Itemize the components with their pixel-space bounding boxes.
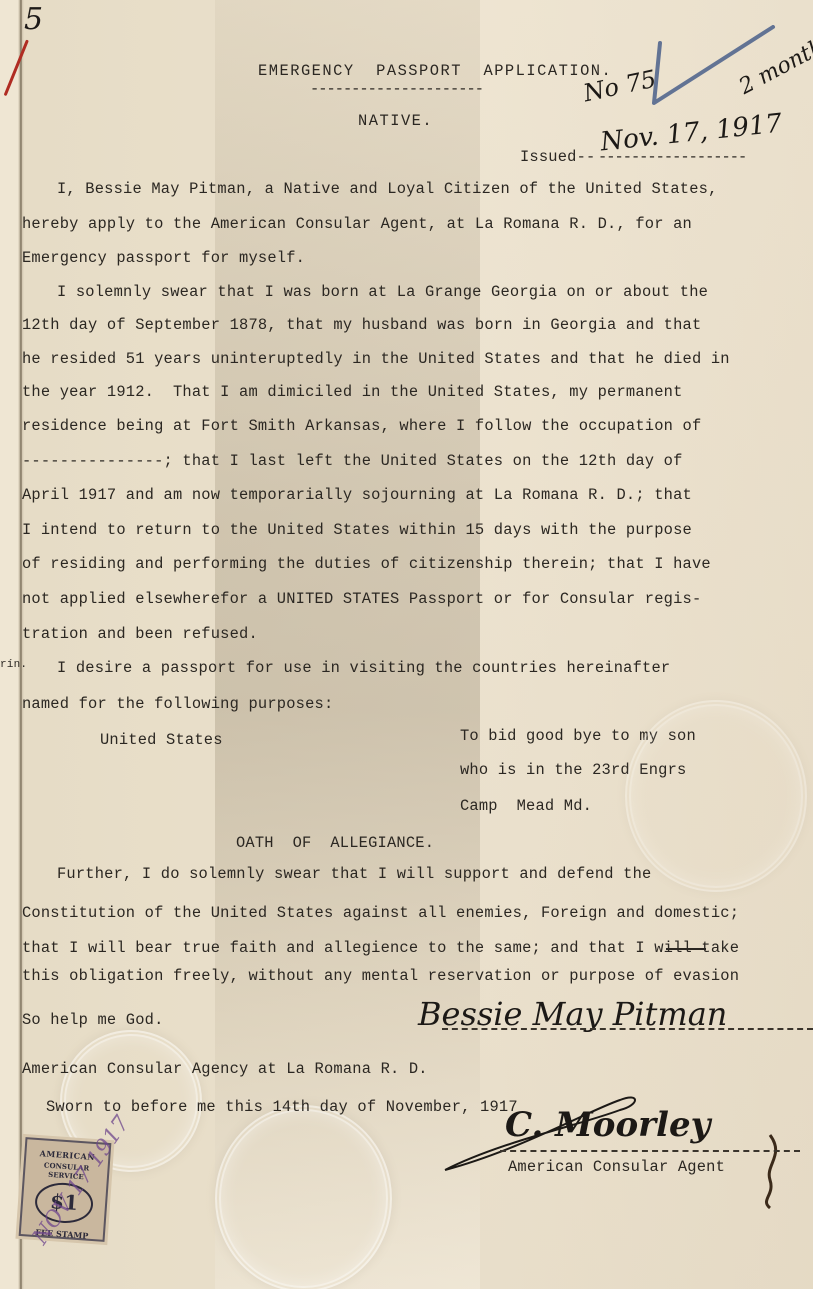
- para2-line-6: ---------------; that I last left the Un…: [22, 452, 683, 470]
- para2-line-4: the year 1912. That I am dimiciled in th…: [22, 383, 683, 401]
- para2-line-5: residence being at Fort Smith Arkansas, …: [22, 417, 701, 435]
- oath-line-1: Further, I do solemnly swear that I will…: [57, 865, 651, 883]
- para1-line-3: Emergency passport for myself.: [22, 249, 305, 267]
- oath-line-2: Constitution of the United States agains…: [22, 904, 739, 922]
- para2-line-1: I solemnly swear that I was born at La G…: [57, 283, 708, 301]
- embossed-seal-right: [625, 700, 807, 892]
- agency-line: American Consular Agency at La Romana R.…: [22, 1060, 428, 1078]
- consul-signature-line: [500, 1150, 800, 1152]
- applicant-signature-line: [442, 1028, 813, 1030]
- country-name: United States: [100, 731, 223, 749]
- margin-fragment: rín.: [0, 659, 27, 671]
- oath-line-4: this obligation freely, without any ment…: [22, 967, 739, 985]
- para3-line-2: named for the following purposes:: [22, 695, 333, 713]
- purpose-line-3: Camp Mead Md.: [460, 797, 592, 815]
- oath-heading: OATH OF ALLEGIANCE.: [236, 834, 434, 852]
- oath-line-3: that I will bear true faith and allegien…: [22, 939, 739, 957]
- document-subtitle: NATIVE.: [358, 112, 433, 130]
- para2-line-9: of residing and performing the duties of…: [22, 555, 711, 573]
- document-page: 5 rín. EMERGENCY PASSPORT APPLICATION. -…: [0, 0, 813, 1289]
- blue-checkmark-icon: [648, 25, 778, 115]
- struck-word-mark: [666, 948, 706, 950]
- red-pencil-mark: [4, 39, 29, 96]
- embossed-seal-center: [215, 1105, 392, 1289]
- consul-signature-flourish: [440, 1080, 790, 1210]
- para2-line-2: 12th day of September 1878, that my husb…: [22, 316, 701, 334]
- title-underline: ---------------------: [310, 80, 483, 98]
- para2-line-10: not applied elsewherefor a UNITED STATES…: [22, 590, 701, 608]
- para2-line-8: I intend to return to the United States …: [22, 521, 692, 539]
- page-number-pencil: 5: [24, 2, 43, 37]
- para2-line-11: tration and been refused.: [22, 625, 258, 643]
- binding-edge: [20, 0, 22, 1289]
- para2-line-3: he resided 51 years uninteruptedly in th…: [22, 350, 730, 368]
- para3-line-1: I desire a passport for use in visiting …: [57, 659, 670, 677]
- para2-line-7: April 1917 and am now temporarially sojo…: [22, 486, 692, 504]
- consul-title: American Consular Agent: [508, 1158, 725, 1176]
- para1-line-1: I, Bessie May Pitman, a Native and Loyal…: [57, 180, 718, 198]
- document-title: EMERGENCY PASSPORT APPLICATION.: [258, 62, 612, 80]
- consul-signature: C. Moorley: [505, 1105, 710, 1145]
- para1-line-2: hereby apply to the American Consular Ag…: [22, 215, 692, 233]
- oath-line-5: So help me God.: [22, 1011, 164, 1029]
- issued-label: Issued--: [520, 148, 596, 166]
